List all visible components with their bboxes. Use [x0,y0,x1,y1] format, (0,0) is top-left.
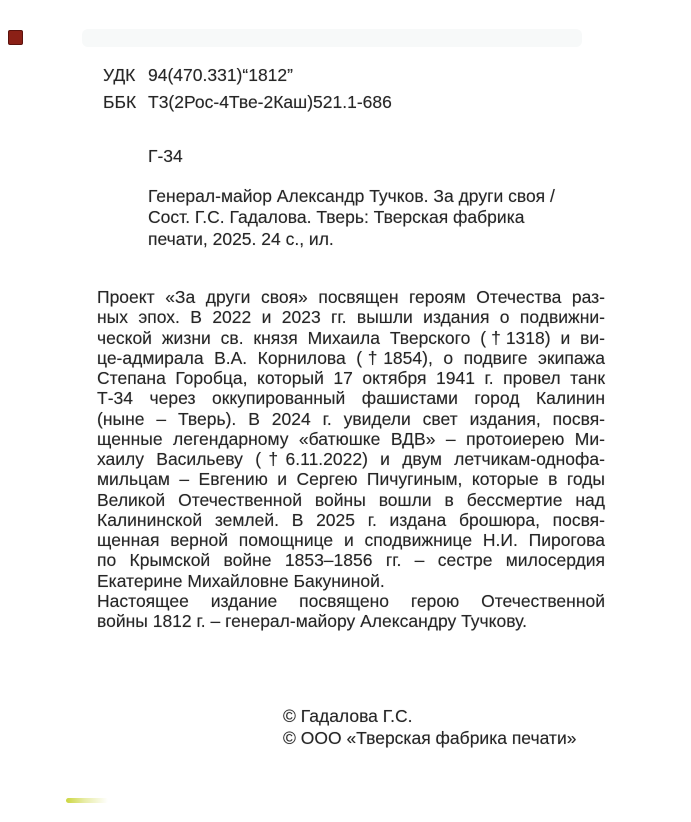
bbk-value: Т3(2Рос-4Тве-2Каш)521.1-686 [148,89,392,116]
annotation-line: ных эпох. В 2022 и 2023 гг. вышли издани… [97,307,605,327]
annotation-line: Т-34 через оккупированный фашистами горо… [97,388,605,408]
annotation-line: войны 1812 г. – генерал-майору Александр… [97,611,605,631]
annotation-line: Калининской землей. В 2025 г. издана бро… [97,510,605,530]
scan-edge-artifact [82,29,582,47]
annotation-line: (ныне – Тверь). В 2024 г. увидели свет и… [97,409,605,429]
annotation-text: Проект «За други своя» посвящен героям О… [97,287,605,631]
annotation-line: Степана Горобца, который 17 октября 1941… [97,368,605,388]
annotation-line: щенная верной помощнице и сподвижнице Н.… [97,530,605,550]
udk-row: УДК 94(470.331)“1812” [103,62,392,89]
bibliographic-citation: Генерал-майор Александр Тучков. За други… [148,186,555,250]
annotation-line: щенные легендарному «батюшке ВДВ» – прот… [97,429,605,449]
citation-line: печати, 2025. 24 с., ил. [148,229,555,250]
annotation-line: Великой Отечественной войны вошли в бесс… [97,490,605,510]
red-square-marker [8,30,23,45]
annotation-line: Екатерине Михайловне Бакуниной. [97,571,605,591]
annotation-line: ческой жизни св. князя Михаила Тверского… [97,328,605,348]
udk-label: УДК [103,62,148,89]
annotation-line: Настоящее издание посвящено герою Отечес… [97,591,605,611]
book-imprint-page: УДК 94(470.331)“1812” ББК Т3(2Рос-4Тве-2… [0,0,691,822]
annotation-line: Проект «За други своя» посвящен героям О… [97,287,605,307]
annotation-line: це-адмирала В.А. Корнилова (†1854), о по… [97,348,605,368]
annotation-line: мильцам – Евгению и Сергею Пичугиным, ко… [97,469,605,489]
bbk-label: ББК [103,89,148,116]
annotation-line: хаилу Васильеву (†6.11.2022) и двум летч… [97,449,605,469]
author-code: Г-34 [148,146,183,167]
bbk-row: ББК Т3(2Рос-4Тве-2Каш)521.1-686 [103,89,392,116]
copyright-block: © Гадалова Г.С. © ООО «Тверская фабрика … [283,705,576,749]
classification-codes: УДК 94(470.331)“1812” ББК Т3(2Рос-4Тве-2… [103,62,392,116]
annotation-line: по Крымской войне 1853–1856 гг. – сестре… [97,550,605,570]
ink-smudge-artifact [66,798,108,803]
udk-value: 94(470.331)“1812” [148,62,293,89]
copyright-line: © Гадалова Г.С. [283,705,576,727]
citation-line: Генерал-майор Александр Тучков. За други… [148,186,555,207]
citation-line: Сост. Г.С. Гадалова. Тверь: Тверская фаб… [148,207,555,228]
copyright-line: © ООО «Тверская фабрика печати» [283,727,576,749]
